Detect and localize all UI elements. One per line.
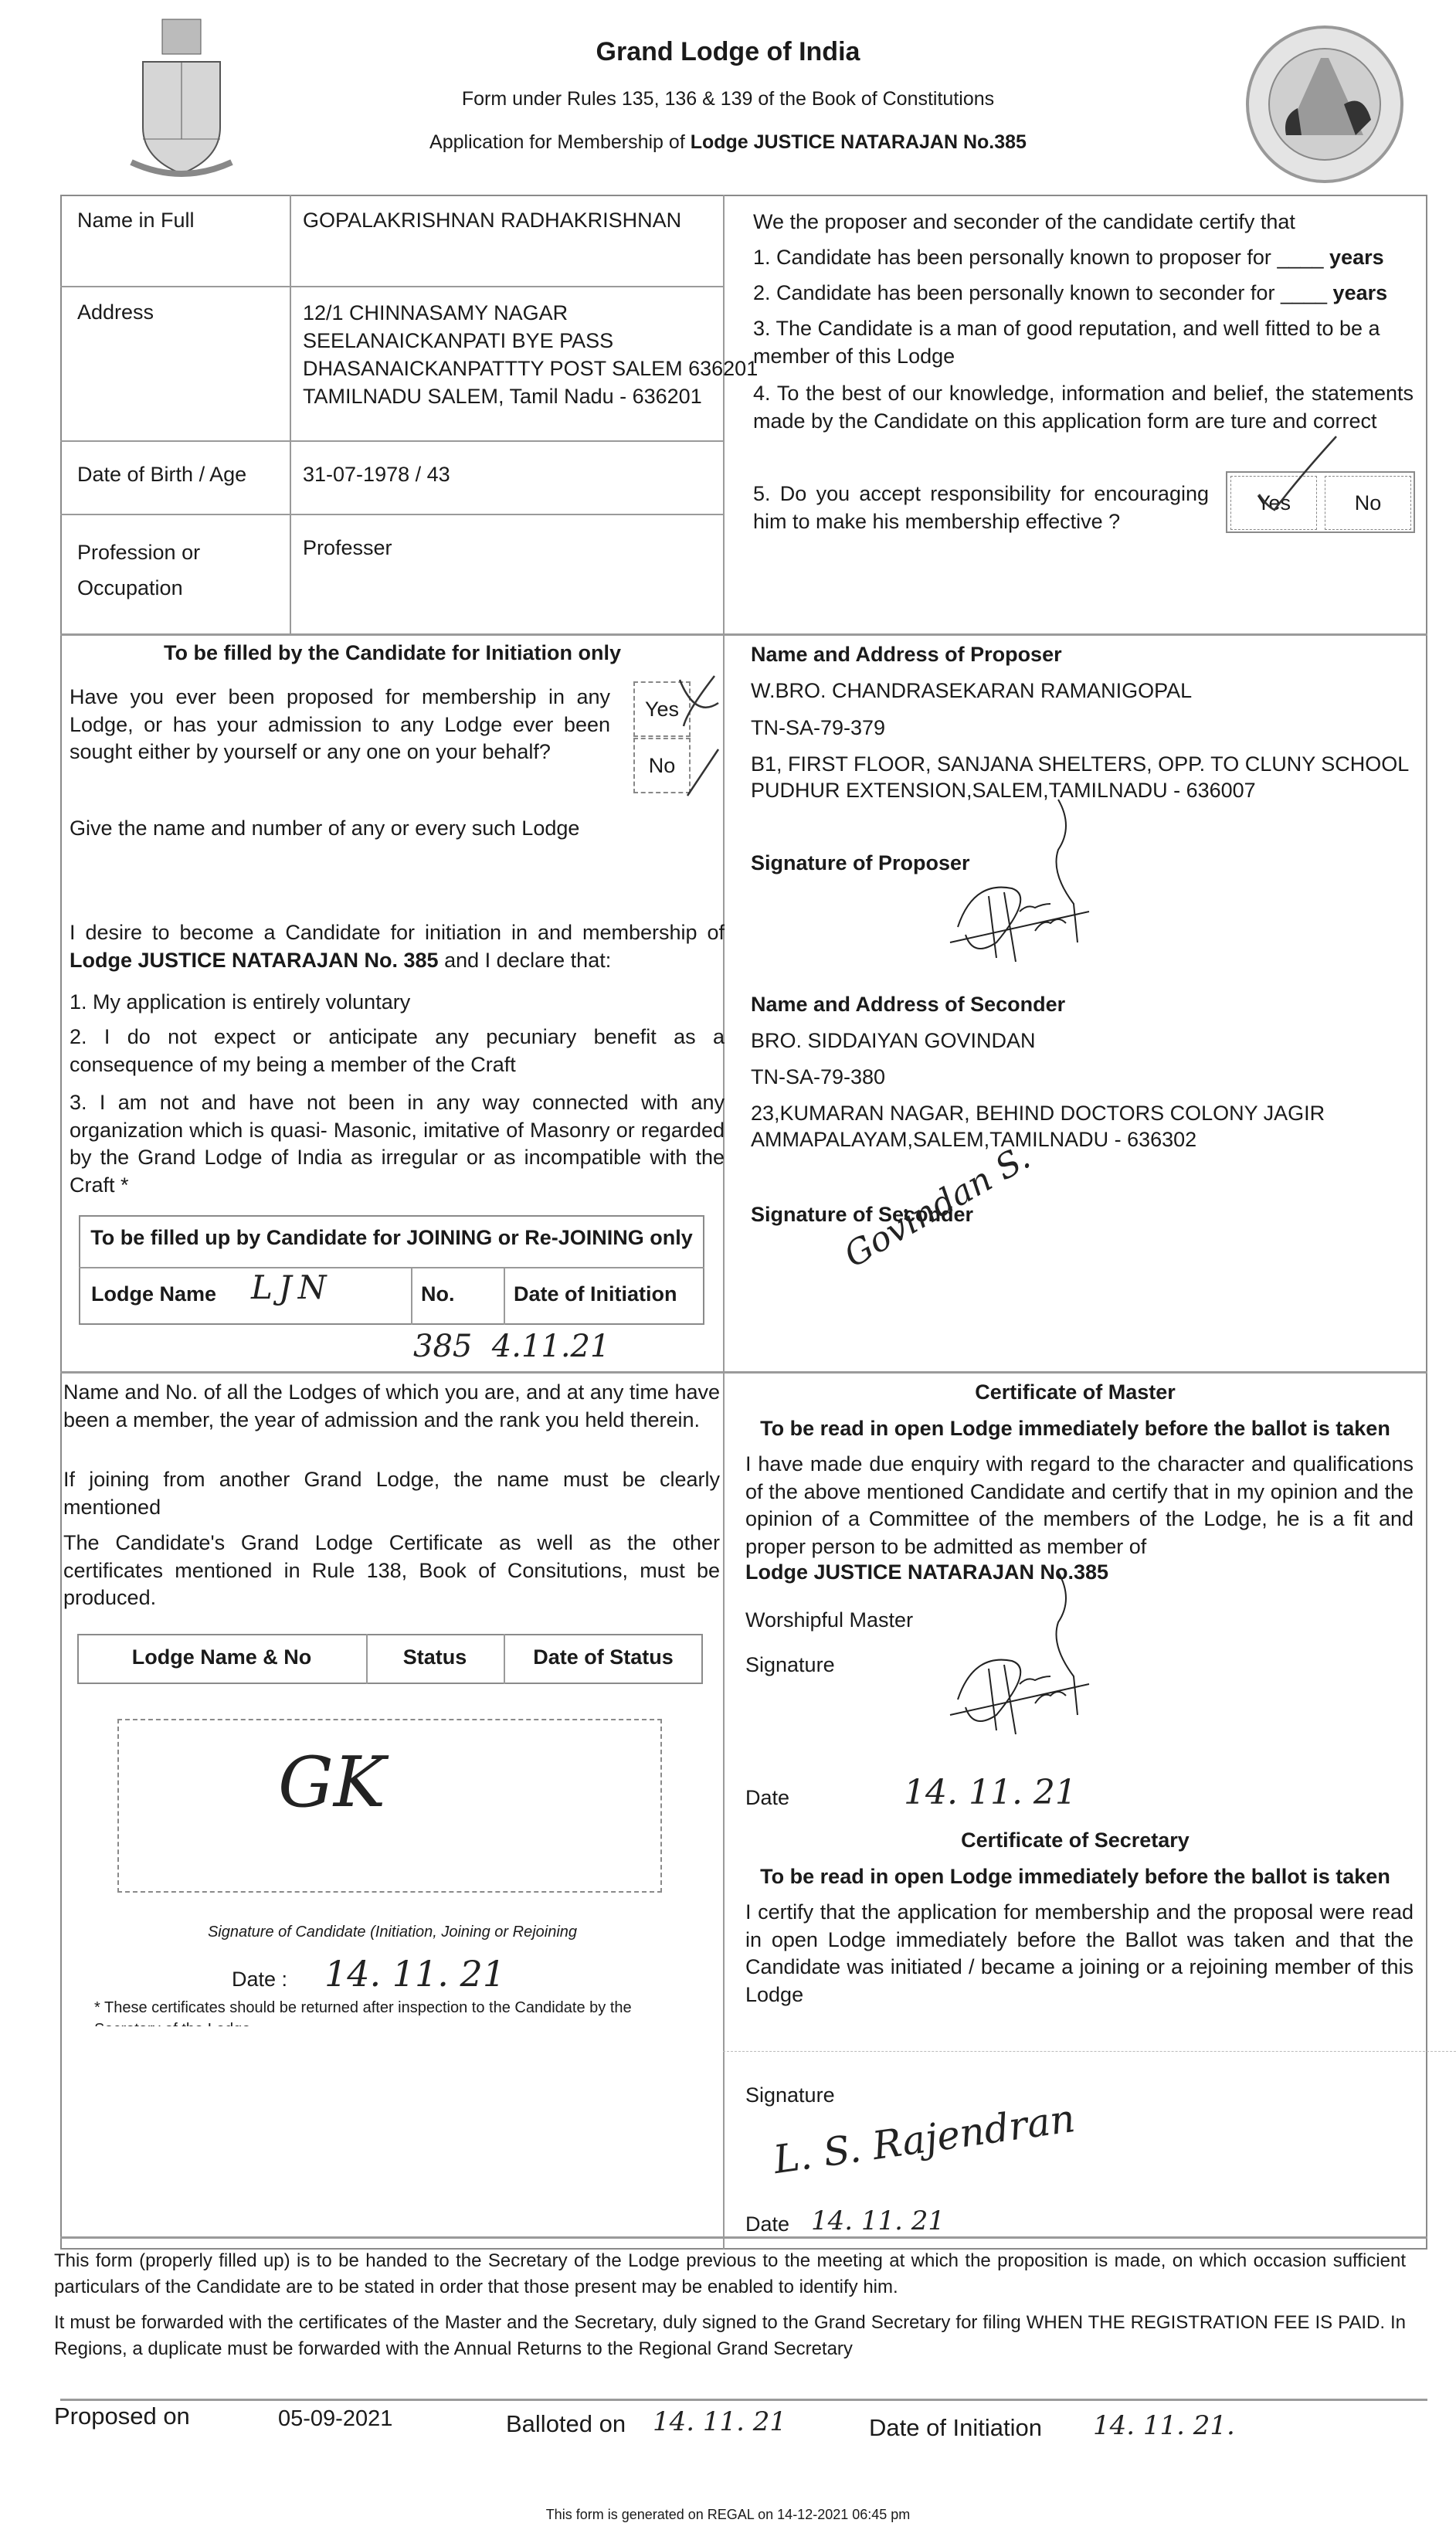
name-value: GOPALAKRISHNAN RADHAKRISHNAN <box>303 207 681 235</box>
desire-lodge: Lodge JUSTICE NATARAJAN No. 385 <box>70 949 439 972</box>
lodges-history-para-2: If joining from another Grand Lodge, the… <box>63 1466 720 1521</box>
proposer-reg-no: TN-SA-79-379 <box>751 715 885 742</box>
proposer-name: W.BRO. CHANDRASEKARAN RAMANIGOPAL <box>751 677 1192 705</box>
proposer-heading: Name and Address of Proposer <box>751 641 1062 669</box>
column-divider <box>723 195 725 2250</box>
master-cert-heading: Certificate of Master <box>723 1379 1427 1407</box>
regional-grand-lodge-seal-icon <box>1240 19 1410 189</box>
seconder-address-line: 23,KUMARAN NAGAR, BEHIND DOCTORS COLONY … <box>751 1100 1325 1126</box>
dob-value: 31-07-1978 / 43 <box>303 461 450 489</box>
proposer-years-field[interactable]: ____ <box>1277 246 1323 269</box>
certify-intro: We the proposer and seconder of the cand… <box>753 209 1295 236</box>
secretary-date-label: Date <box>745 2211 789 2239</box>
certify-item-5: 5. Do you accept responsibility for enco… <box>753 480 1209 535</box>
section-divider-2 <box>60 1371 1427 1374</box>
certify-item-1-text: 1. Candidate has been personally known t… <box>753 246 1271 269</box>
joining-col-divider <box>504 1267 505 1325</box>
worshipful-master-label: Worshipful Master <box>745 1607 913 1635</box>
lodges-col-header: Date of Status <box>504 1644 703 1672</box>
balloted-on-value[interactable]: 14. 11. 21 <box>653 2406 786 2437</box>
lodges-col-header: Status <box>366 1644 504 1672</box>
secretary-date-value[interactable]: 14. 11. 21 <box>811 2206 945 2236</box>
lodges-col-header: Lodge Name & No <box>77 1644 366 1672</box>
section-divider-1 <box>60 633 1427 636</box>
proposed-on-label: Proposed on <box>54 2402 190 2430</box>
certify-item-3: 3. The Candidate is a man of good reputa… <box>753 315 1414 370</box>
profession-label-line: Occupation <box>77 570 200 606</box>
address-line: TAMILNADU SALEM, Tamil Nadu - 636201 <box>303 382 758 410</box>
secretary-cert-heading: Certificate of Secretary <box>723 1827 1427 1855</box>
proposer-signature <box>942 796 1097 973</box>
declaration-1: 1. My application is entirely voluntary <box>70 989 410 1017</box>
candidate-row-divider <box>60 286 723 287</box>
section-divider-4 <box>60 2399 1427 2401</box>
seconder-address-line: AMMAPALAYAM,SALEM,TAMILNADU - 636302 <box>751 1126 1325 1153</box>
profession-value: Professer <box>303 535 392 562</box>
footer-note-1: This form (properly filled up) is to be … <box>54 2248 1406 2301</box>
profession-label-line: Profession or <box>77 535 200 570</box>
give-lodge-name: Give the name and number of any or every… <box>70 815 579 843</box>
certificates-footnote: * These certificates should be returned … <box>94 1997 697 2026</box>
cross-mark-icon <box>672 672 726 803</box>
master-cert-body: I have made due enquiry with regard to t… <box>745 1451 1414 1561</box>
date-of-initiation-value[interactable]: 14. 11. 21. <box>1093 2410 1235 2441</box>
desire-text: and I declare that: <box>439 949 612 972</box>
joining-handwritten-entry: 385 4.11.21 <box>413 1329 609 1364</box>
certify-item-4: 4. To the best of our knowledge, informa… <box>753 380 1414 435</box>
balloted-on-label: Balloted on <box>506 2410 626 2438</box>
desire-statement: I desire to become a Candidate for initi… <box>70 919 725 974</box>
name-label: Name in Full <box>77 207 195 235</box>
section-divider-3 <box>60 2236 1427 2239</box>
secretary-cert-body: I certify that the application for membe… <box>745 1899 1414 2009</box>
generated-note: This form is generated on REGAL on 14-12… <box>0 2507 1456 2523</box>
candidate-signature-box[interactable] <box>117 1719 662 1893</box>
initiation-question: Have you ever been proposed for membersh… <box>70 684 610 766</box>
application-line: Application for Membership of Lodge JUST… <box>0 131 1456 154</box>
checkmark-icon <box>1251 433 1344 518</box>
dob-label: Date of Birth / Age <box>77 461 246 489</box>
certify-item-2: 2. Candidate has been personally known t… <box>753 280 1387 307</box>
joining-date-label: Date of Initiation <box>514 1281 677 1309</box>
candidate-row-divider <box>60 514 723 515</box>
candidate-label-divider <box>290 195 291 633</box>
joining-col-divider <box>411 1267 412 1325</box>
proposer-address-line: B1, FIRST FLOOR, SANJANA SHELTERS, OPP. … <box>751 751 1409 777</box>
profession-label: Profession or Occupation <box>77 535 200 606</box>
secretary-signature-label: Signature <box>745 2082 835 2110</box>
joining-heading: To be filled up by Candidate for JOINING… <box>79 1224 704 1252</box>
lodges-history-para-1: Name and No. of all the Lodges of which … <box>63 1379 720 1434</box>
master-signature-label: Signature <box>745 1652 835 1679</box>
footer-note-2: It must be forwarded with the certificat… <box>54 2310 1406 2362</box>
candidate-row-divider <box>60 440 723 442</box>
master-signature <box>942 1568 1097 1746</box>
master-cert-subheading: To be read in open Lodge immediately bef… <box>723 1415 1427 1443</box>
secretary-cert-subheading: To be read in open Lodge immediately bef… <box>723 1863 1427 1891</box>
address-value: 12/1 CHINNASAMY NAGAR SEELANAICKANPATI B… <box>303 299 758 410</box>
seconder-address: 23,KUMARAN NAGAR, BEHIND DOCTORS COLONY … <box>751 1100 1325 1153</box>
master-date-label: Date <box>745 1784 789 1812</box>
address-line: 12/1 CHINNASAMY NAGAR <box>303 299 758 327</box>
application-lodge: Lodge JUSTICE NATARAJAN No.385 <box>691 131 1027 153</box>
form-title: Grand Lodge of India <box>0 37 1456 67</box>
certify-item-1: 1. Candidate has been personally known t… <box>753 244 1384 272</box>
proposed-on-value: 05-09-2021 <box>278 2406 392 2432</box>
initiation-heading: To be filled by the Candidate for Initia… <box>62 640 723 667</box>
seconder-reg-no: TN-SA-79-380 <box>751 1064 885 1092</box>
candidate-date-value[interactable]: 14. 11. 21 <box>324 1953 505 1995</box>
candidate-date-label: Date : <box>232 1966 287 1994</box>
joining-lodge-name-label: Lodge Name <box>91 1281 216 1309</box>
joining-lodge-name-value[interactable]: LJN <box>251 1268 332 1306</box>
lodges-history-para-3: The Candidate's Grand Lodge Certificate … <box>63 1530 720 1612</box>
seconder-heading: Name and Address of Seconder <box>751 991 1065 1019</box>
address-line: SEELANAICKANPATI BYE PASS <box>303 327 758 355</box>
candidate-signature-caption: Signature of Candidate (Initiation, Join… <box>62 1924 723 1941</box>
candidate-signature: GK <box>278 1742 385 1823</box>
address-line: DHASANAICKANPATTTY POST SALEM 636201 <box>303 355 758 382</box>
years-label: years <box>1333 281 1388 304</box>
proposer-signature-label: Signature of Proposer <box>751 850 970 878</box>
seconder-years-field[interactable]: ____ <box>1281 281 1327 304</box>
declaration-2: 2. I do not expect or anticipate any pec… <box>70 1024 725 1078</box>
seconder-name: BRO. SIDDAIYAN GOVINDAN <box>751 1027 1036 1055</box>
form-subtitle: Form under Rules 135, 136 & 139 of the B… <box>0 87 1456 112</box>
joining-divider <box>79 1267 704 1268</box>
date-of-initiation-label: Date of Initiation <box>869 2414 1042 2442</box>
address-label: Address <box>77 299 154 327</box>
page-fold-line <box>723 2051 1456 2052</box>
application-prefix: Application for Membership of <box>429 131 691 153</box>
years-label: years <box>1329 246 1384 269</box>
certify-item-2-text: 2. Candidate has been personally known t… <box>753 281 1274 304</box>
no-label: No <box>1355 491 1382 514</box>
desire-text: I desire to become a Candidate for initi… <box>70 921 725 944</box>
declaration-3: 3. I am not and have not been in any way… <box>70 1089 725 1200</box>
joining-no-label: No. <box>421 1281 455 1309</box>
master-date-value[interactable]: 14. 11. 21 <box>904 1773 1077 1812</box>
